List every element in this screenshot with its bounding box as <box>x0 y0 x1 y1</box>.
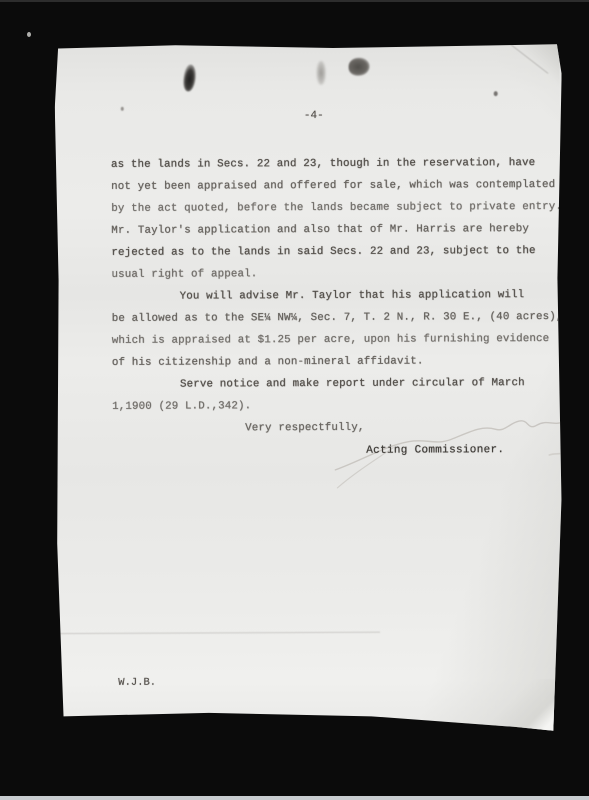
letter-line: not yet been appraised and offered for s… <box>111 174 583 198</box>
photo-frame: -4- as the lands in Secs. 22 and 23, tho… <box>0 0 589 800</box>
ink-smudge <box>317 61 326 85</box>
typist-initials: W.J.B. <box>118 677 156 689</box>
paper-crease-line <box>60 632 380 634</box>
letter-line: as the lands in Secs. 22 and 23, though … <box>111 152 583 176</box>
ink-blot <box>349 58 370 76</box>
letter-line: Mr. Taylor's application and also that o… <box>111 218 583 242</box>
letter-line: be allowed as to the SE¼ NW¼, Sec. 7, T.… <box>112 306 584 330</box>
ink-blot <box>182 64 198 92</box>
frame-edge-bottom <box>0 796 589 800</box>
letter-line: which is appraised at $1.25 per acre, up… <box>112 328 584 352</box>
paper-crease <box>489 45 559 125</box>
signature-title: Acting Commissioner. <box>366 444 504 457</box>
dust-speck <box>27 32 31 37</box>
letter-line: Serve notice and make report under circu… <box>112 372 584 396</box>
letter-line: usual right of appeal. <box>111 262 583 286</box>
document-page: -4- as the lands in Secs. 22 and 23, tho… <box>53 43 564 737</box>
dust-speck <box>121 107 124 111</box>
letter-lines: as the lands in Secs. 22 and 23, though … <box>111 152 584 418</box>
letter-line: by the act quoted, before the lands beca… <box>111 196 583 220</box>
letter-body: as the lands in Secs. 22 and 23, though … <box>111 152 584 440</box>
page-number: -4- <box>292 110 336 122</box>
letter-line: of his citizenship and a non-mineral aff… <box>112 350 584 374</box>
letter-line: rejected as to the lands in said Secs. 2… <box>111 240 583 264</box>
letter-line: You will advise Mr. Taylor that his appl… <box>112 284 584 308</box>
frame-edge-top <box>0 0 589 2</box>
paper-fold <box>474 679 564 735</box>
